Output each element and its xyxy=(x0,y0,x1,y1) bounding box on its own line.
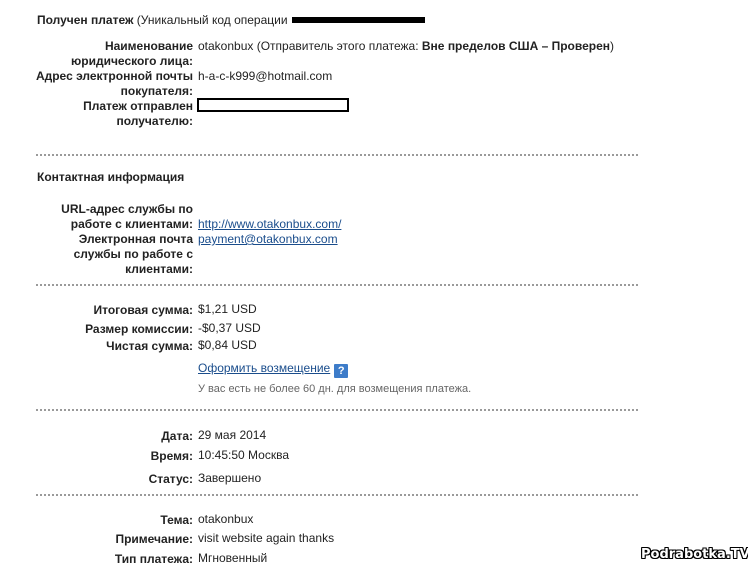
header-transaction-id-label: (Уникальный код операции xyxy=(133,13,287,27)
status-value: Завершено xyxy=(198,471,261,486)
date-value: 29 мая 2014 xyxy=(198,428,266,443)
buyer-email-label: Адрес электронной почты покупателя: xyxy=(36,69,193,99)
net-amount-value: $0,84 USD xyxy=(198,338,257,353)
time-value: 10:45:50 Москва xyxy=(198,448,289,463)
support-url-link[interactable]: http://www.otakonbux.com/ xyxy=(198,217,341,231)
subject-value: otakonbux xyxy=(198,512,253,527)
total-amount-value: $1,21 USD xyxy=(198,302,257,317)
support-url-label-line2: работе с клиентами: xyxy=(61,217,193,232)
refund-row: Оформить возмещение? xyxy=(198,361,348,378)
payment-type-label: Тип платежа: xyxy=(115,552,193,567)
note-value: visit website again thanks xyxy=(198,531,334,546)
company-name-close-paren: ) xyxy=(610,39,614,53)
buyer-email-label-line2: покупателя: xyxy=(36,84,193,99)
fee-amount-value: -$0,37 USD xyxy=(198,321,261,336)
redacted-recipient xyxy=(197,98,349,112)
sent-to-label-line2: получателю: xyxy=(83,114,193,129)
contact-info-title: Контактная информация xyxy=(37,170,184,184)
section-divider xyxy=(36,409,638,411)
company-name-label-line1: Наименование xyxy=(71,39,193,54)
support-url-label-line1: URL-адрес службы по xyxy=(61,202,193,217)
buyer-email-value: h-a-c-k999@hotmail.com xyxy=(198,69,332,84)
status-label: Статус: xyxy=(149,472,193,487)
support-email-label: Электронная почта службы по работе с кли… xyxy=(74,232,193,277)
section-divider xyxy=(36,284,638,286)
note-label: Примечание: xyxy=(115,532,193,547)
net-amount-label: Чистая сумма: xyxy=(106,339,193,354)
support-email-label-line2: службы по работе с xyxy=(74,247,193,262)
section-divider xyxy=(36,494,638,496)
subject-label: Тема: xyxy=(160,513,193,528)
company-name-label: Наименование юридического лица: xyxy=(71,39,193,69)
watermark: Podrabotka.TV xyxy=(641,547,748,562)
redacted-transaction-id xyxy=(292,17,425,23)
header-title: Получен платеж xyxy=(37,13,133,27)
refund-deadline-note: У вас есть не более 60 дн. для возмещени… xyxy=(198,383,471,395)
company-name-value: otakonbux (Отправитель этого платежа: Вн… xyxy=(198,39,614,54)
total-amount-label: Итоговая сумма: xyxy=(93,303,193,318)
date-label: Дата: xyxy=(161,429,193,444)
section-divider xyxy=(36,154,638,156)
support-email-label-line1: Электронная почта xyxy=(74,232,193,247)
help-icon[interactable]: ? xyxy=(334,364,348,378)
company-name-text: otakonbux (Отправитель этого платежа: xyxy=(198,39,422,53)
fee-amount-label: Размер комиссии: xyxy=(85,322,193,337)
sent-to-label-line1: Платеж отправлен xyxy=(83,99,193,114)
issue-refund-link[interactable]: Оформить возмещение xyxy=(198,361,330,375)
company-name-label-line2: юридического лица: xyxy=(71,54,193,69)
payment-received-header: Получен платеж (Уникальный код операции xyxy=(37,13,425,27)
sent-to-label: Платеж отправлен получателю: xyxy=(83,99,193,129)
support-url-value: http://www.otakonbux.com/ xyxy=(198,217,341,232)
support-email-label-line3: клиентами: xyxy=(74,262,193,277)
time-label: Время: xyxy=(151,449,193,464)
support-email-link[interactable]: payment@otakonbux.com xyxy=(198,232,338,246)
payment-type-value: Мгновенный xyxy=(198,551,267,566)
support-email-value: payment@otakonbux.com xyxy=(198,232,338,247)
sender-verification-status: Вне пределов США – Проверен xyxy=(422,39,610,53)
support-url-label: URL-адрес службы по работе с клиентами: xyxy=(61,202,193,232)
buyer-email-label-line1: Адрес электронной почты xyxy=(36,69,193,84)
